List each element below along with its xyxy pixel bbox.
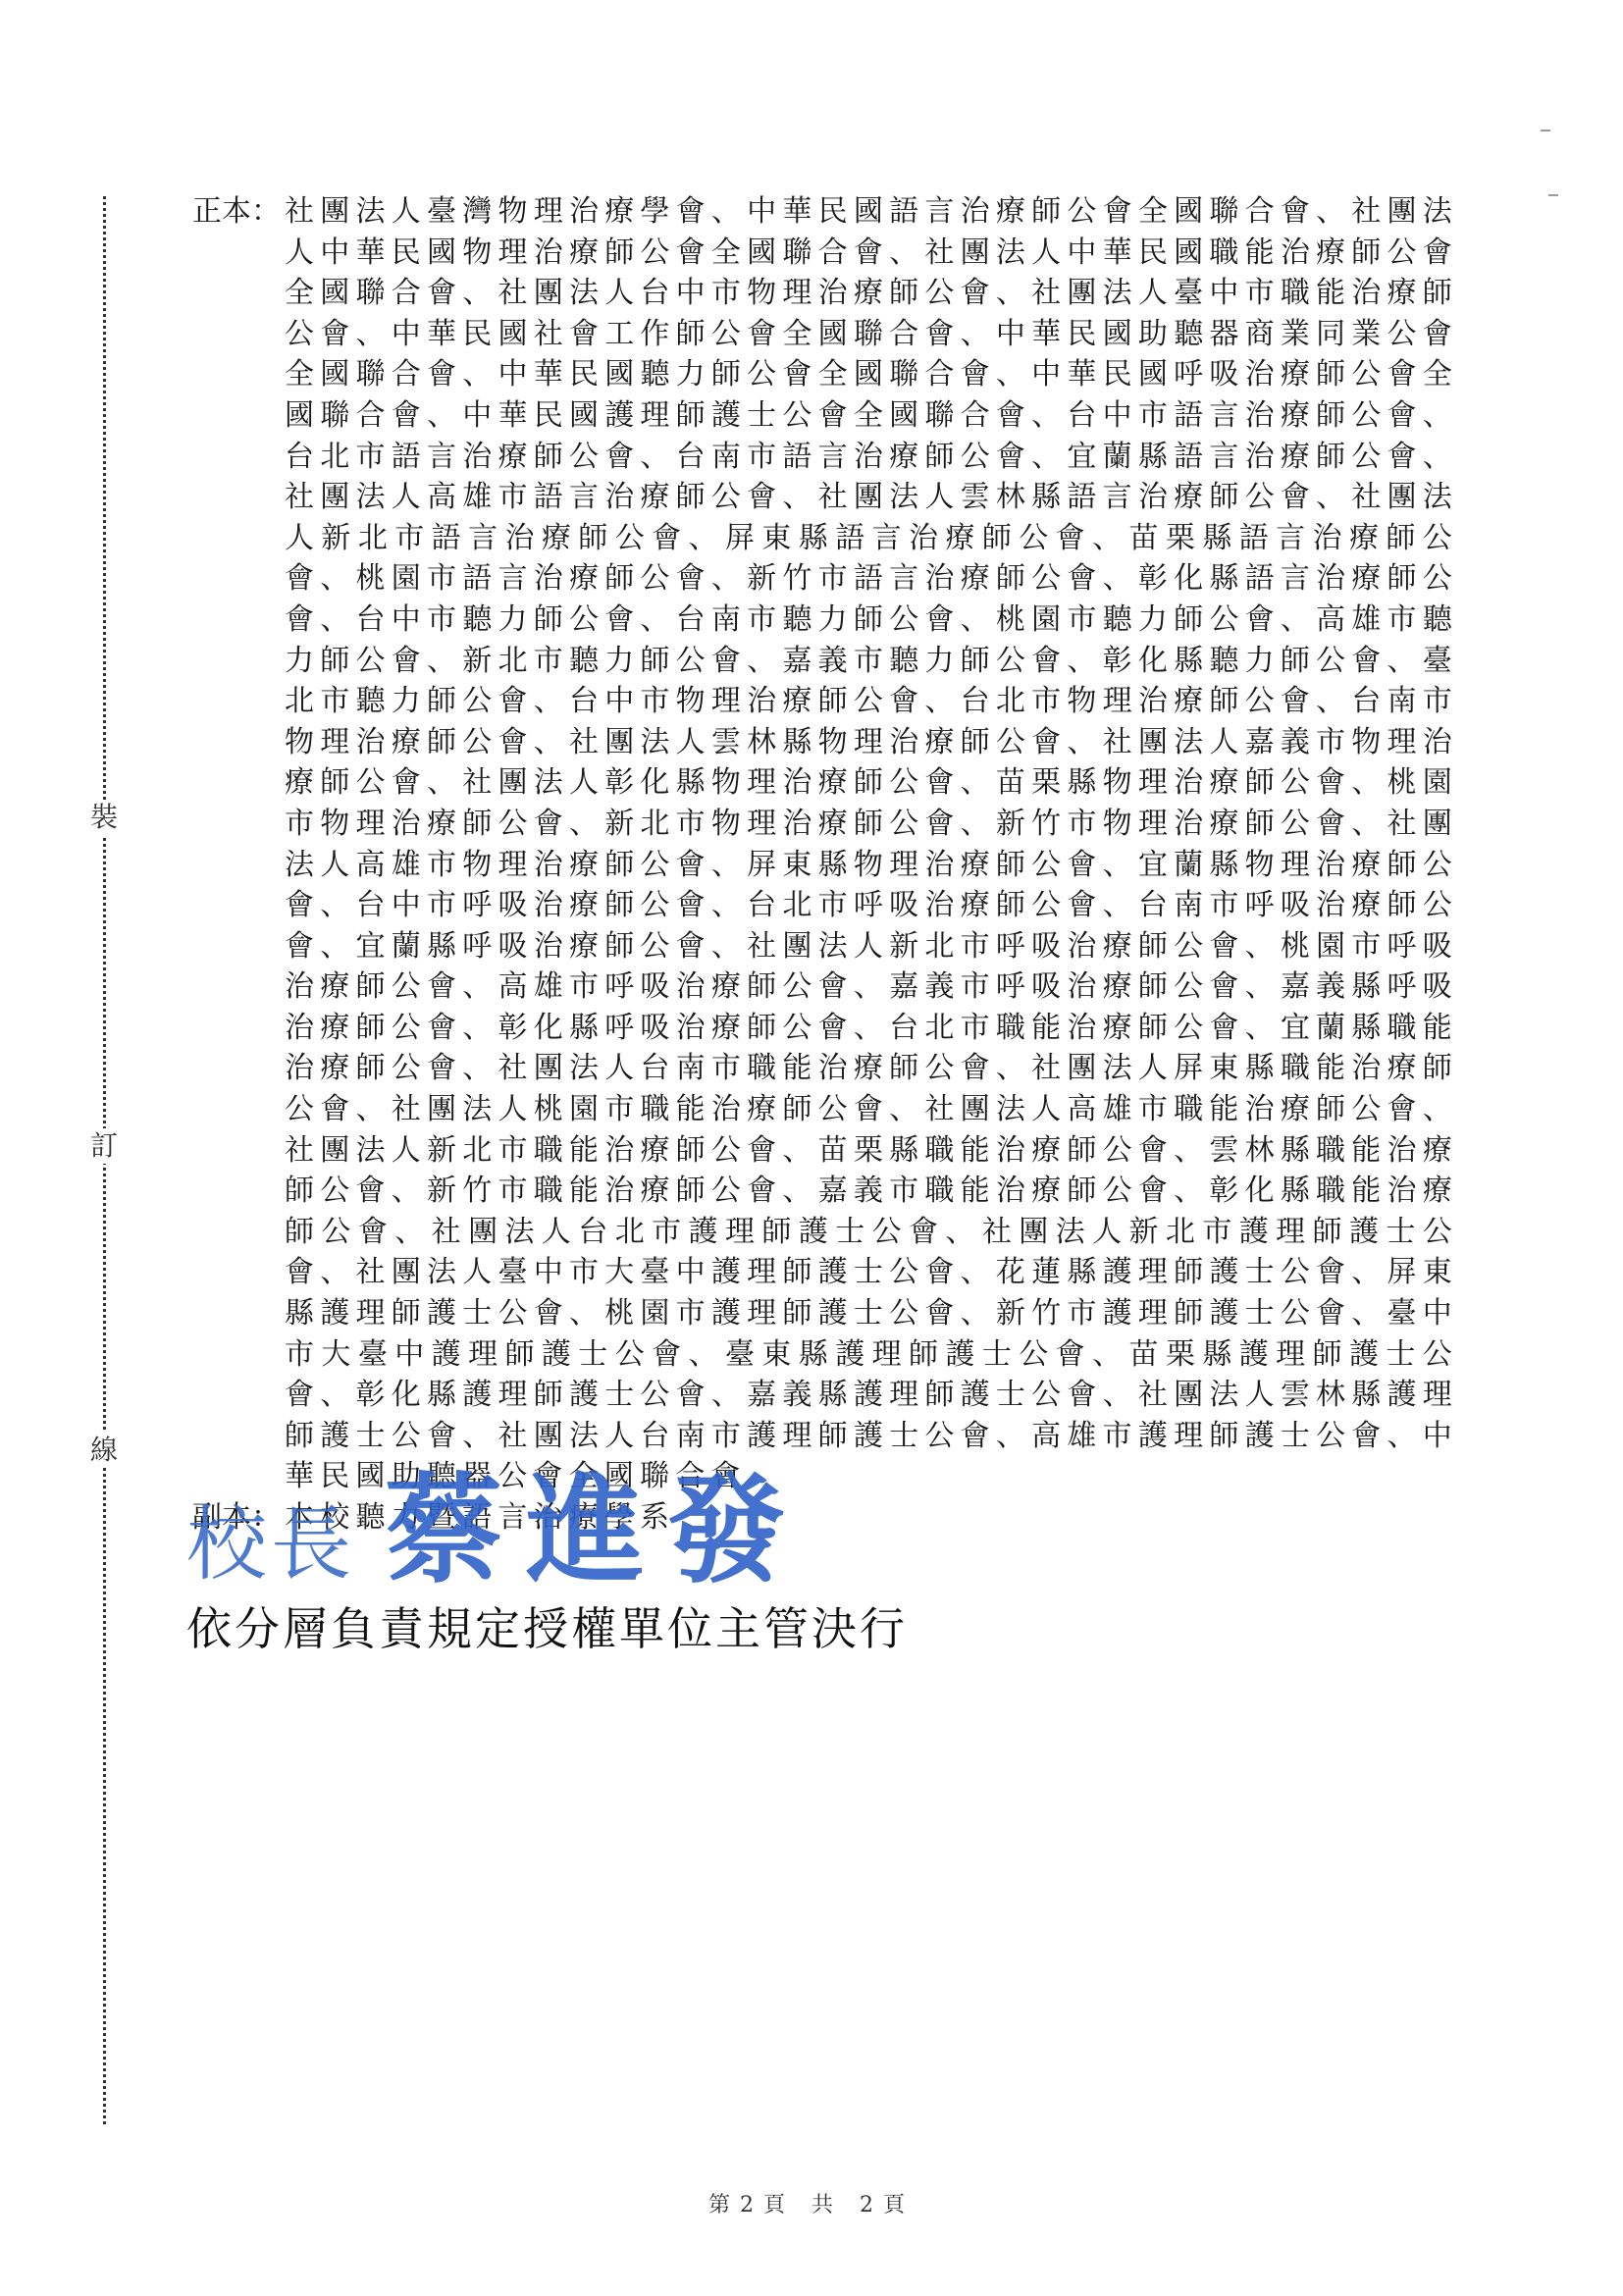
binding-char-zhuang: 裝 <box>86 800 122 835</box>
signature-title: 校長 <box>186 1496 355 1594</box>
main-recipients-list: 社團法人臺灣物理治療學會、中華民國語言治療師公會全國聯合會、社團法人中華民國物理… <box>285 191 1458 1497</box>
president-signature-stamp: 校長 蔡進發 <box>186 1457 809 1594</box>
binding-char-ding: 訂 <box>86 1128 122 1164</box>
delegation-note: 依分層負責規定授權單位主管決行 <box>186 1599 908 1658</box>
recipients-block: 正本： 社團法人臺灣物理治療學會、中華民國語言治療師公會全國聯合會、社團法人中華… <box>192 191 1458 1539</box>
page-number: 第2頁 共 2頁 <box>0 2188 1623 2218</box>
scan-mark <box>1541 130 1550 131</box>
scan-mark <box>1548 194 1558 196</box>
signature-name: 蔡進發 <box>385 1467 809 1594</box>
main-recipients: 正本： 社團法人臺灣物理治療學會、中華民國語言治療師公會全國聯合會、社團法人中華… <box>192 191 1458 1497</box>
main-recipients-label: 正本： <box>192 191 285 1497</box>
binding-char-xian: 線 <box>86 1433 122 1468</box>
